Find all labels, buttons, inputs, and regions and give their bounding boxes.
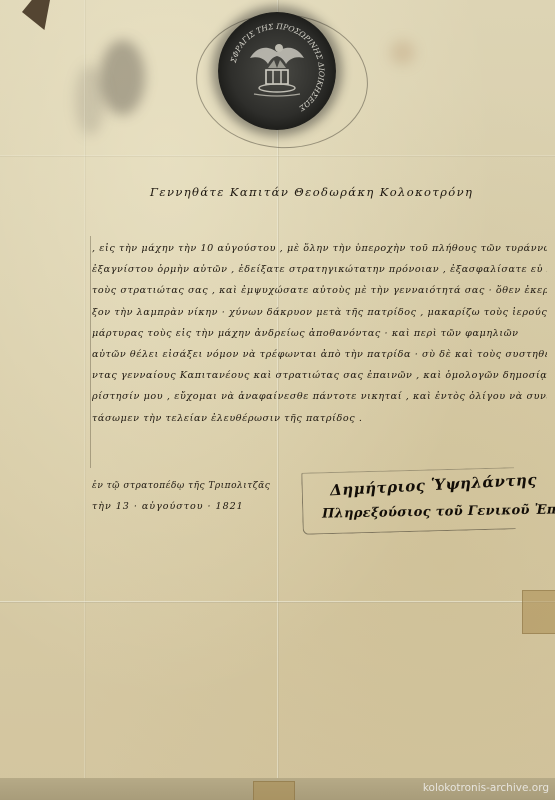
smudge-mark	[75, 65, 105, 135]
phoenix-icon	[244, 34, 310, 104]
document-title: Γεννηθάτε Καπιτάν Θεοδωράκη Κολοκοτρόνη	[150, 185, 450, 199]
torn-corner	[22, 0, 50, 30]
archive-watermark: kolokotronis-archive.org	[423, 782, 549, 794]
fold-line	[0, 155, 555, 157]
fold-line	[0, 601, 555, 603]
fold-line	[84, 0, 86, 800]
date-line: τὴν 13 · αὐγούστου · 1821	[92, 501, 244, 512]
body-line: αὐτῶν θέλει εἰσάξει νόμον νὰ τρέφωνται ἀ…	[92, 344, 547, 365]
body-line: ρίστησίν μου , εὔχομαι νὰ ἀναφαίνεσθε πά…	[92, 386, 547, 407]
smudge-mark	[100, 40, 145, 115]
manuscript-page: ΣΦΡΑΓΙΣ ΤΗΣ ΠΡΟΣΩΡΙΝΗΣ ΔΙΟΙΚΗΣΕΩΣ Γεννηθ…	[0, 0, 555, 800]
stain-mark	[390, 40, 415, 65]
body-line: ξον τὴν λαμπρὰν νίκην · χύνων δάκρυον με…	[92, 302, 547, 323]
wax-seal: ΣΦΡΑΓΙΣ ΤΗΣ ΠΡΟΣΩΡΙΝΗΣ ΔΙΟΙΚΗΣΕΩΣ	[218, 12, 336, 130]
body-line: , εἰς τὴν μάχην τὴν 10 αὐγούστου , μὲ ὅλ…	[92, 238, 547, 259]
body-line: ντας γενναίους Καπιτανέους καὶ στρατιώτα…	[92, 365, 547, 386]
body-line: τοὺς στρατιώτας σας , καὶ ἐμψυχώσατε αὐτ…	[92, 280, 547, 301]
letter-body: , εἰς τὴν μάχην τὴν 10 αὐγούστου , μὲ ὅλ…	[92, 238, 547, 429]
tape-strip	[253, 781, 295, 800]
body-line: μάρτυρας τοὺς εἰς τὴν μάχην ἀνδρείως ἀπο…	[92, 323, 547, 344]
body-line: ἐξαγνίστου ὁρμὴν αὐτῶν , ἐδείξατε στρατη…	[92, 259, 547, 280]
tape-strip	[522, 590, 555, 634]
body-line: τάσωμεν τὴν τελείαν ἐλευθέρωσιν τῆς πατρ…	[92, 408, 547, 429]
place-line: ἐν τῷ στρατοπέδῳ τῆς Τριπολιτζᾶς	[92, 481, 270, 491]
